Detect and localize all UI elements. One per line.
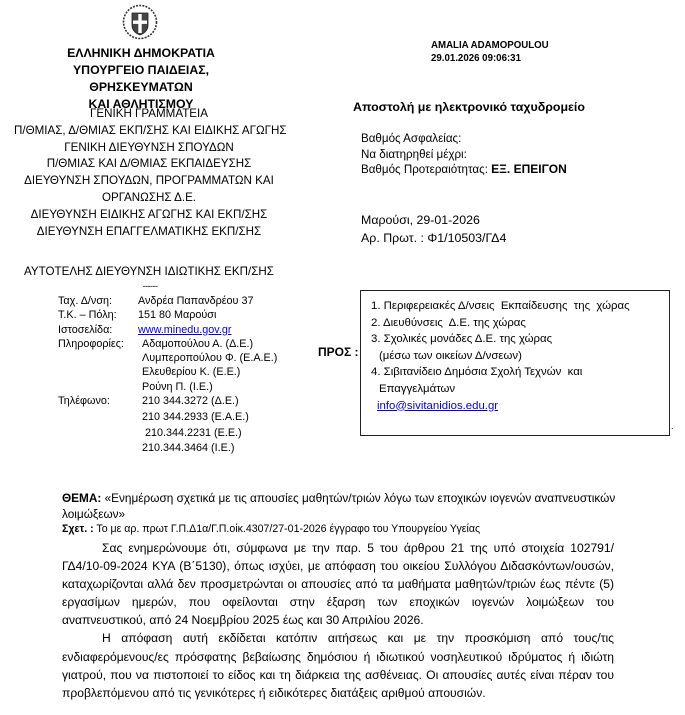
reference-text: Το με αρ. πρωτ Γ.Π.Δ1α/Γ.Π.οίκ.4307/27-0… bbox=[94, 523, 480, 535]
address-label: Ταχ. Δ/νση: bbox=[58, 294, 138, 308]
place-date: Μαρούσι, 29-01-2026 bbox=[361, 211, 506, 229]
signer-name: AMALIA ADAMOPOULOU bbox=[431, 40, 549, 53]
address-value: Ανδρέα Παπανδρέου 37 bbox=[138, 294, 253, 308]
send-method: Αποστολή με ηλεκτρονικό ταχυδρομείο bbox=[353, 100, 585, 114]
subject-label: ΘΕΜΑ: bbox=[62, 491, 101, 505]
city-label: Τ.Κ. – Πόλη: bbox=[58, 308, 138, 322]
org-line: ΔΙΕΥΘΥΝΣΗ ΕΙΔΙΚΗΣ ΑΓΩΓΗΣ ΚΑΙ ΕΚΠ/ΣΗΣ bbox=[14, 207, 284, 224]
priority-value: ΕΞ. ΕΠΕΙΓΟΝ bbox=[491, 162, 567, 176]
protocol-number: Αρ. Πρωτ. : Φ1/10503/ΓΔ4 bbox=[361, 229, 506, 247]
phone-value: 210 344.2933 (Ε.Α.Ε.) bbox=[142, 410, 249, 426]
website-label: Ιστοσελίδα: bbox=[58, 323, 138, 337]
recipient-item-continuation: Επαγγελμάτων bbox=[371, 381, 669, 398]
info-value: Αδαμοπούλου Α. (Δ.Ε.) bbox=[142, 337, 253, 351]
subject-text: «Ενημέρωση σχετικά με τις απουσίες μαθητ… bbox=[62, 491, 615, 521]
info-value: Ρούνη Π. (Ι.Ε.) bbox=[142, 380, 213, 394]
recipients-label: ΠΡΟΣ : bbox=[318, 345, 359, 359]
reference-label: Σχετ. : bbox=[62, 523, 94, 535]
org-line: ΟΡΓΑΝΩΣΗΣ Δ.Ε. bbox=[14, 190, 284, 207]
phone-value: 210.344.3464 (Ι.Ε.) bbox=[142, 441, 234, 457]
body-paragraph: Σας ενημερώνουμε ότι, σύμφωνα με την παρ… bbox=[62, 539, 614, 629]
trailing-mark: . bbox=[671, 421, 674, 431]
org-line: ΓΕΝΙΚΗ ΓΡΑΜΜΑΤΕΙΑ bbox=[14, 106, 284, 123]
organization-units: ΓΕΝΙΚΗ ΓΡΑΜΜΑΤΕΙΑ Π/ΘΜΙΑΣ, Δ/ΘΜΙΑΣ ΕΚΠ/Σ… bbox=[14, 106, 284, 240]
org-line: ΓΕΝΙΚΗ ΔΙΕΥΘΥΝΣΗ ΣΠΟΥΔΩΝ bbox=[14, 140, 284, 157]
city-value: 151 80 Μαρούσι bbox=[138, 308, 216, 322]
org-line: Π/ΘΜΙΑΣ ΚΑΙ Δ/ΘΜΙΑΣ ΕΚΠΑΙΔΕΥΣΗΣ bbox=[14, 156, 284, 173]
ministry-header: ΕΛΛΗΝΙΚΗ ΔΗΜΟΚΡΑΤΙΑ ΥΠΟΥΡΓΕΙΟ ΠΑΙΔΕΙΑΣ, … bbox=[30, 45, 252, 113]
org-line: ΔΙΕΥΘΥΝΣΗ ΣΠΟΥΔΩΝ, ΠΡΟΓΡΑΜΜΑΤΩΝ ΚΑΙ bbox=[14, 173, 284, 190]
recipients-box: 1. Περιφερειακές Δ/νσεις Εκπαίδευσης της… bbox=[360, 290, 670, 436]
info-value: Λυμπεροπούλου Φ. (Ε.Α.Ε.) bbox=[142, 351, 277, 365]
website-link[interactable]: www.minedu.gov.gr bbox=[138, 323, 231, 337]
contact-info: Ταχ. Δ/νση: Ανδρέα Παπανδρέου 37 Τ.Κ. – … bbox=[58, 294, 277, 457]
digital-signature: AMALIA ADAMOPOULOU 29.01.2026 09:06:31 bbox=[431, 40, 549, 65]
signature-timestamp: 29.01.2026 09:06:31 bbox=[431, 53, 549, 66]
subject-block: ΘΕΜΑ: «Ενημέρωση σχετικά με τις απουσίες… bbox=[62, 490, 662, 523]
republic-title: ΕΛΛΗΝΙΚΗ ΔΗΜΟΚΡΑΤΙΑ bbox=[30, 45, 252, 62]
recipient-item: 1. Περιφερειακές Δ/νσεις Εκπαίδευσης της… bbox=[371, 298, 669, 315]
ministry-title-line1: ΥΠΟΥΡΓΕΙΟ ΠΑΙΔΕΙΑΣ, ΘΡΗΣΚΕΥΜΑΤΩΝ bbox=[30, 62, 252, 96]
phone-value: 210 344.3272 (Δ.Ε.) bbox=[142, 394, 239, 410]
reference-line: Σχετ. : Το με αρ. πρωτ Γ.Π.Δ1α/Γ.Π.οίκ.4… bbox=[62, 523, 480, 535]
phone-value: 210.344.2231 (Ε.Ε.) bbox=[142, 426, 242, 442]
letter-body: Σας ενημερώνουμε ότι, σύμφωνα με την παρ… bbox=[62, 539, 614, 702]
info-value: Ελευθερίου Κ. (Ε.Ε.) bbox=[142, 365, 240, 379]
phone-label: Τηλέφωνο: bbox=[58, 394, 142, 410]
priority-label: Βαθμός Προτεραιότητας: bbox=[361, 163, 488, 176]
recipient-email-link[interactable]: info@sivitanidios.edu.gr bbox=[377, 400, 498, 412]
greek-coat-of-arms-icon bbox=[122, 4, 158, 40]
place-date-block: Μαρούσι, 29-01-2026 Αρ. Πρωτ. : Φ1/10503… bbox=[361, 211, 506, 247]
autotelis-directorate: ΑΥΤΟΤΕΛΗΣ ΔΙΕΥΘΥΝΣΗ ΙΔΙΩΤΙΚΗΣ ΕΚΠ/ΣΗΣ bbox=[14, 265, 284, 278]
retain-label: Να διατηρηθεί μέχρι: bbox=[361, 147, 567, 163]
recipient-item: 3. Σχολικές μονάδες Δ.Ε. της χώρας bbox=[371, 331, 669, 348]
classification-block: Βαθμός Ασφαλείας: Να διατηρηθεί μέχρι: Β… bbox=[361, 131, 567, 178]
info-label: Πληροφορίες: bbox=[58, 337, 142, 351]
recipient-item-note: (μέσω των οικείων Δ/νσεων) bbox=[371, 348, 669, 365]
security-label: Βαθμός Ασφαλείας: bbox=[361, 131, 567, 147]
body-paragraph: Η απόφαση αυτή εκδίδεται κατόπιν αιτήσεω… bbox=[62, 629, 614, 701]
org-line: Π/ΘΜΙΑΣ, Δ/ΘΜΙΑΣ ΕΚΠ/ΣΗΣ ΚΑΙ ΕΙΔΙΚΗΣ ΑΓΩ… bbox=[14, 123, 284, 140]
separator: ------ bbox=[130, 281, 170, 291]
org-line: ΔΙΕΥΘΥΝΣΗ ΕΠΑΓΓΕΛΜΑΤΙΚΗΣ ΕΚΠ/ΣΗΣ bbox=[14, 224, 284, 241]
recipient-item: 2. Διευθύνσεις Δ.Ε. της χώρας bbox=[371, 315, 669, 332]
recipient-item: 4. Σιβιτανίδειο Δημόσια Σχολή Τεχνών και bbox=[371, 364, 669, 381]
